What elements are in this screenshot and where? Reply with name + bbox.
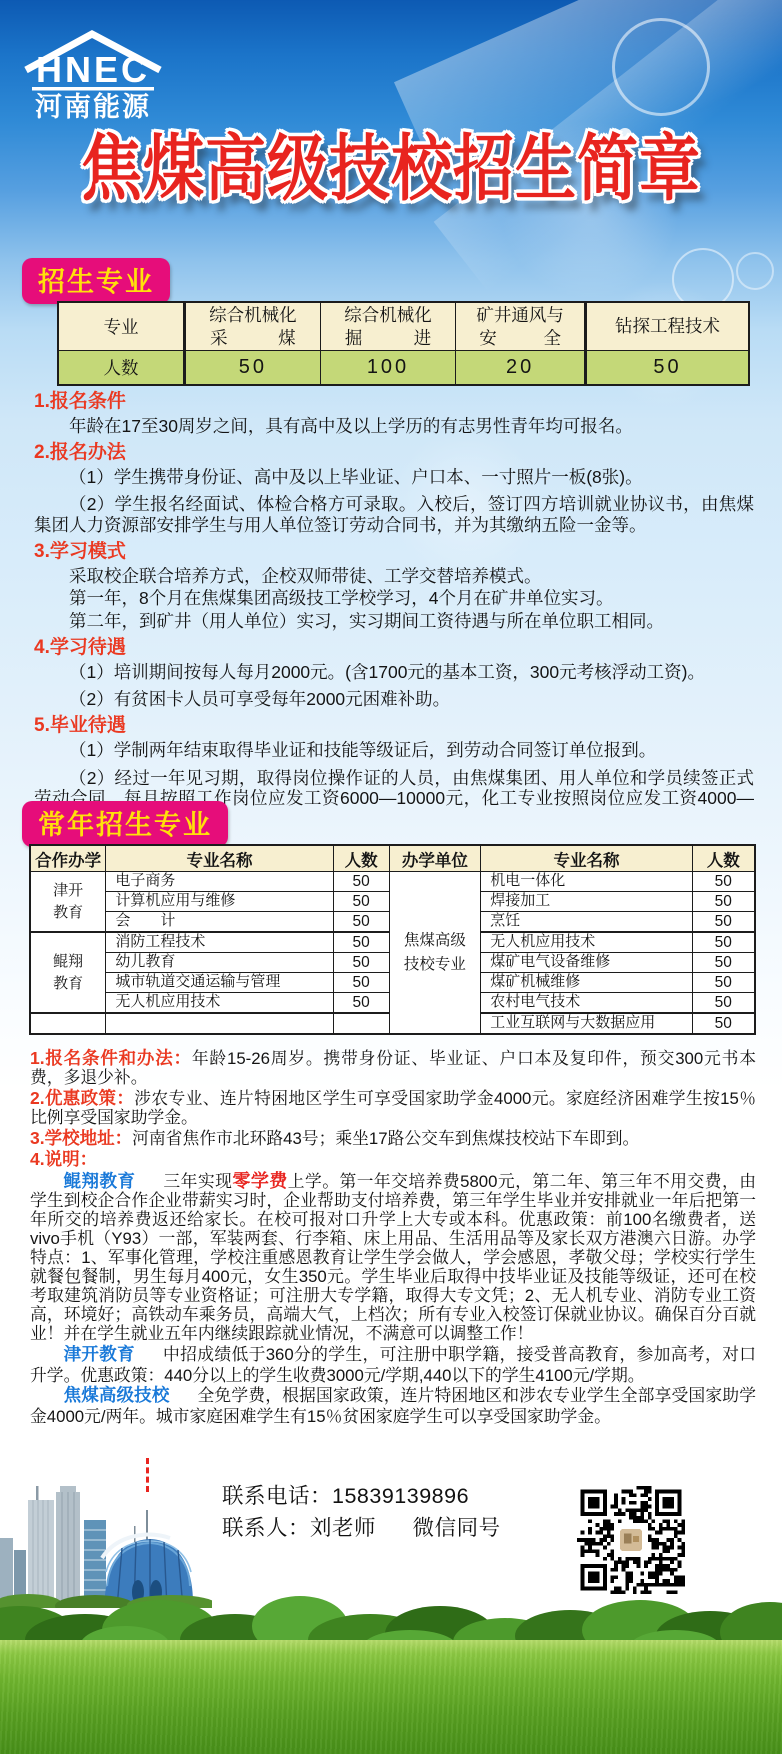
bubble-ring [736, 252, 774, 290]
major-cell: 城市轨道交通运输与管理 [106, 973, 333, 993]
paragraph: 年龄在17至30周岁之间，具有高中及以上学历的有志男性青年均可报名。 [34, 416, 754, 437]
table-header-row: 专业 综合机械化 采煤 综合机械化 掘进 矿井通风与 安全 钻探工程技术 [58, 302, 749, 351]
brand-logo: HNEC 河南能源 [14, 26, 172, 122]
header-line: 钻探工程技术 [587, 315, 748, 338]
count-cell: 50 [333, 892, 389, 912]
major-cell: 烹饪 [481, 912, 692, 933]
count-cell: 50 [692, 932, 755, 953]
header-cell: 钻探工程技术 [585, 302, 749, 351]
contact-person-line: 联系人：刘老师微信同号 [222, 1512, 501, 1544]
person-label: 联系人： [222, 1516, 310, 1540]
partner-cell-empty [30, 1013, 106, 1034]
major-cell: 会 计 [106, 912, 333, 933]
major-cell: 农村电气技术 [481, 993, 692, 1014]
header-cell: 专业名称 [481, 845, 692, 872]
header-cell: 综合机械化 采煤 [185, 302, 321, 351]
partner-cell: 津开教育 [30, 872, 106, 933]
major-cell: 计算机应用与维修 [106, 892, 333, 912]
header-line: 采煤 [210, 327, 296, 350]
qr-logo-detail [633, 1536, 639, 1542]
major-cell-empty [106, 1013, 333, 1034]
count-cell: 50 [692, 993, 755, 1014]
qr-code [577, 1486, 685, 1594]
paragraph: 第一年，8个月在焦煤集团高级技工学校学习，4个月在矿井单位实习。 [34, 588, 754, 609]
poster: HNEC 河南能源 焦煤高级技校招生简章 招生专业 专业 综合机械化 采煤 综合… [0, 0, 782, 1754]
count-cell: 50 [585, 351, 749, 386]
qr-logo-detail [624, 1534, 631, 1544]
header-line: 综合机械化 [321, 304, 456, 327]
desc-text: 三年实现 [163, 1172, 232, 1191]
count-cell: 50 [333, 993, 389, 1014]
major-cell: 煤矿机械维修 [481, 973, 692, 993]
phone-label: 联系电话： [222, 1484, 332, 1508]
major-cell: 电子商务 [106, 872, 333, 892]
header-line: 掘进 [345, 327, 431, 350]
count-cell: 50 [333, 932, 389, 953]
unit-name: 焦煤高级 [394, 929, 477, 952]
note-label: 2.优惠政策： [30, 1088, 134, 1108]
count-cell: 50 [692, 973, 755, 993]
header-cell: 综合机械化 掘进 [320, 302, 456, 351]
info-sections: 1.报名条件 年龄在17至30周岁之间，具有高中及以上学历的有志男性青年均可报名… [34, 386, 754, 832]
school-name: 焦煤高级技校 [64, 1385, 198, 1405]
major-cell: 消防工程技术 [106, 932, 333, 953]
highlight-text: 零学费 [232, 1171, 287, 1191]
count-cell: 50 [333, 953, 389, 973]
table-row: 津开教育 电子商务 50 焦煤高级 技校专业 机电一体化 50 [30, 872, 755, 892]
header-cell: 办学单位 [389, 845, 481, 872]
note-label: 3.学校地址： [30, 1128, 132, 1148]
enrollment-table: 合作办学 专业名称 人数 办学单位 专业名称 人数 津开教育 电子商务 50 焦… [29, 844, 756, 1035]
section-heading: 2.报名办法 [34, 440, 754, 465]
table-row: 人数 50 100 20 50 [58, 351, 749, 386]
section-badge-majors: 招生专业 [22, 258, 170, 304]
section-badge-yearround: 常年招生专业 [22, 801, 228, 847]
count-cell: 50 [692, 872, 755, 892]
note-label: 4.说明： [30, 1149, 97, 1169]
paragraph: （1）学制两年结束取得毕业证和技能等级证后，到劳动合同签订单位报到。 [34, 740, 754, 761]
header-line: 综合机械化 [186, 304, 320, 327]
note-text: 河南省焦作市北环路43号；乘坐17路公交车到焦煤技校站下车即到。 [132, 1129, 639, 1148]
count-cell: 50 [333, 973, 389, 993]
count-cell: 50 [333, 912, 389, 933]
desc-paragraph: 焦煤高级技校全免学费，根据国家政策，连片特困地区和涉农专业学生全部享受国家助学金… [30, 1386, 756, 1427]
paragraph: （2）有贫困卡人员可享受每年2000元困难补助。 [34, 689, 754, 710]
paragraph: （1）学生携带身份证、高中及以上毕业证、户口本、一寸照片一板(8张)。 [34, 467, 754, 488]
paragraph: 采取校企联合培养方式，企校双师带徒、工学交替培养模式。 [34, 566, 754, 587]
notes-block: 1.报名条件和办法：年龄15-26周岁。携带身份证、毕业证、户口本及复印件，预交… [30, 1048, 756, 1428]
partner-name: 津开教育 [51, 880, 86, 924]
section-heading: 1.报名条件 [34, 389, 754, 414]
phone-number: 15839139896 [332, 1484, 469, 1508]
desc-text: 上学。第一年交培养费5800元，第二年、第三年不用交费，由学生到校企合作企业带薪… [30, 1172, 756, 1343]
header-cell: 合作办学 [30, 845, 106, 872]
wechat-note: 微信同号 [413, 1516, 501, 1540]
majors-table: 专业 综合机械化 采煤 综合机械化 掘进 矿井通风与 安全 钻探工程技术 人数 … [57, 301, 750, 386]
contact-phone-line: 联系电话：15839139896 [222, 1480, 501, 1512]
person-name: 刘老师 [310, 1516, 376, 1540]
note: 3.学校地址：河南省焦作市北环路43号；乘坐17路公交车到焦煤技校站下车即到。 [30, 1129, 756, 1149]
count-cell: 50 [692, 892, 755, 912]
table-header-row: 合作办学 专业名称 人数 办学单位 专业名称 人数 [30, 845, 755, 872]
header-cell-major: 专业 [58, 302, 185, 351]
section-heading: 4.学习待遇 [34, 635, 754, 660]
partner-name: 鲲翔教育 [51, 951, 86, 995]
note: 1.报名条件和办法：年龄15-26周岁。携带身份证、毕业证、户口本及复印件，预交… [30, 1049, 756, 1088]
school-name: 津开教育 [64, 1344, 163, 1364]
paragraph: （1）培训期间按每人每月2000元。(含1700元的基本工资，300元考核浮动工… [34, 662, 754, 683]
major-cell: 无人机应用技术 [481, 932, 692, 953]
major-cell: 煤矿电气设备维修 [481, 953, 692, 973]
major-cell: 无人机应用技术 [106, 993, 333, 1014]
header-cell: 专业名称 [106, 845, 333, 872]
note-label: 1.报名条件和办法： [30, 1048, 192, 1068]
count-cell: 50 [333, 872, 389, 892]
count-cell-empty [333, 1013, 389, 1034]
header-line: 安全 [479, 327, 561, 350]
header-cell: 矿井通风与 安全 [456, 302, 586, 351]
major-cell: 机电一体化 [481, 872, 692, 892]
grass-illustration [0, 1640, 782, 1754]
major-cell: 焊接加工 [481, 892, 692, 912]
contact-block: 联系电话：15839139896 联系人：刘老师微信同号 [222, 1480, 501, 1545]
count-cell: 100 [320, 351, 456, 386]
row-label-cell: 人数 [58, 351, 185, 386]
school-name: 鲲翔教育 [64, 1171, 164, 1191]
count-cell: 50 [185, 351, 321, 386]
major-cell: 幼儿教育 [106, 953, 333, 973]
header-cell: 人数 [692, 845, 755, 872]
paragraph: 第二年，到矿井（用人单位）实习，实习期间工资待遇与所在单位职工相同。 [34, 611, 754, 632]
logo-acronym: HNEC [36, 49, 150, 90]
count-cell: 50 [692, 912, 755, 933]
note-text: 涉农专业、连片特困地区学生可享受国家助学金4000元。家庭经济困难学生按15％比… [30, 1089, 756, 1127]
count-cell: 50 [692, 953, 755, 973]
header-cell: 人数 [333, 845, 389, 872]
count-cell: 20 [456, 351, 586, 386]
unit-name: 技校专业 [394, 953, 477, 976]
count-cell: 50 [692, 1013, 755, 1034]
page-title: 焦煤高级技校招生简章 [0, 112, 782, 215]
logo-underline [32, 87, 154, 91]
major-cell: 工业互联网与大数据应用 [481, 1013, 692, 1034]
note: 4.说明： [30, 1150, 756, 1170]
section-heading: 5.毕业待遇 [34, 713, 754, 738]
note: 2.优惠政策：涉农专业、连片特困地区学生可享受国家助学金4000元。家庭经济困难… [30, 1089, 756, 1128]
section-heading: 3.学习模式 [34, 539, 754, 564]
paragraph: （2）学生报名经面试、体检合格方可录取。入校后，签订四方培训就业协议书，由焦煤集… [34, 494, 754, 535]
unit-cell: 焦煤高级 技校专业 [389, 872, 481, 1035]
header-line: 矿井通风与 [456, 304, 584, 327]
desc-paragraph: 津开教育中招成绩低于360分的学生，可注册中职学籍，接受普高教育，参加高考，对口… [30, 1345, 756, 1386]
bubble-ring [612, 18, 710, 116]
desc-paragraph: 鲲翔教育三年实现零学费上学。第一年交培养费5800元，第二年、第三年不用交费，由… [30, 1171, 756, 1344]
partner-cell: 鲲翔教育 [30, 932, 106, 1013]
